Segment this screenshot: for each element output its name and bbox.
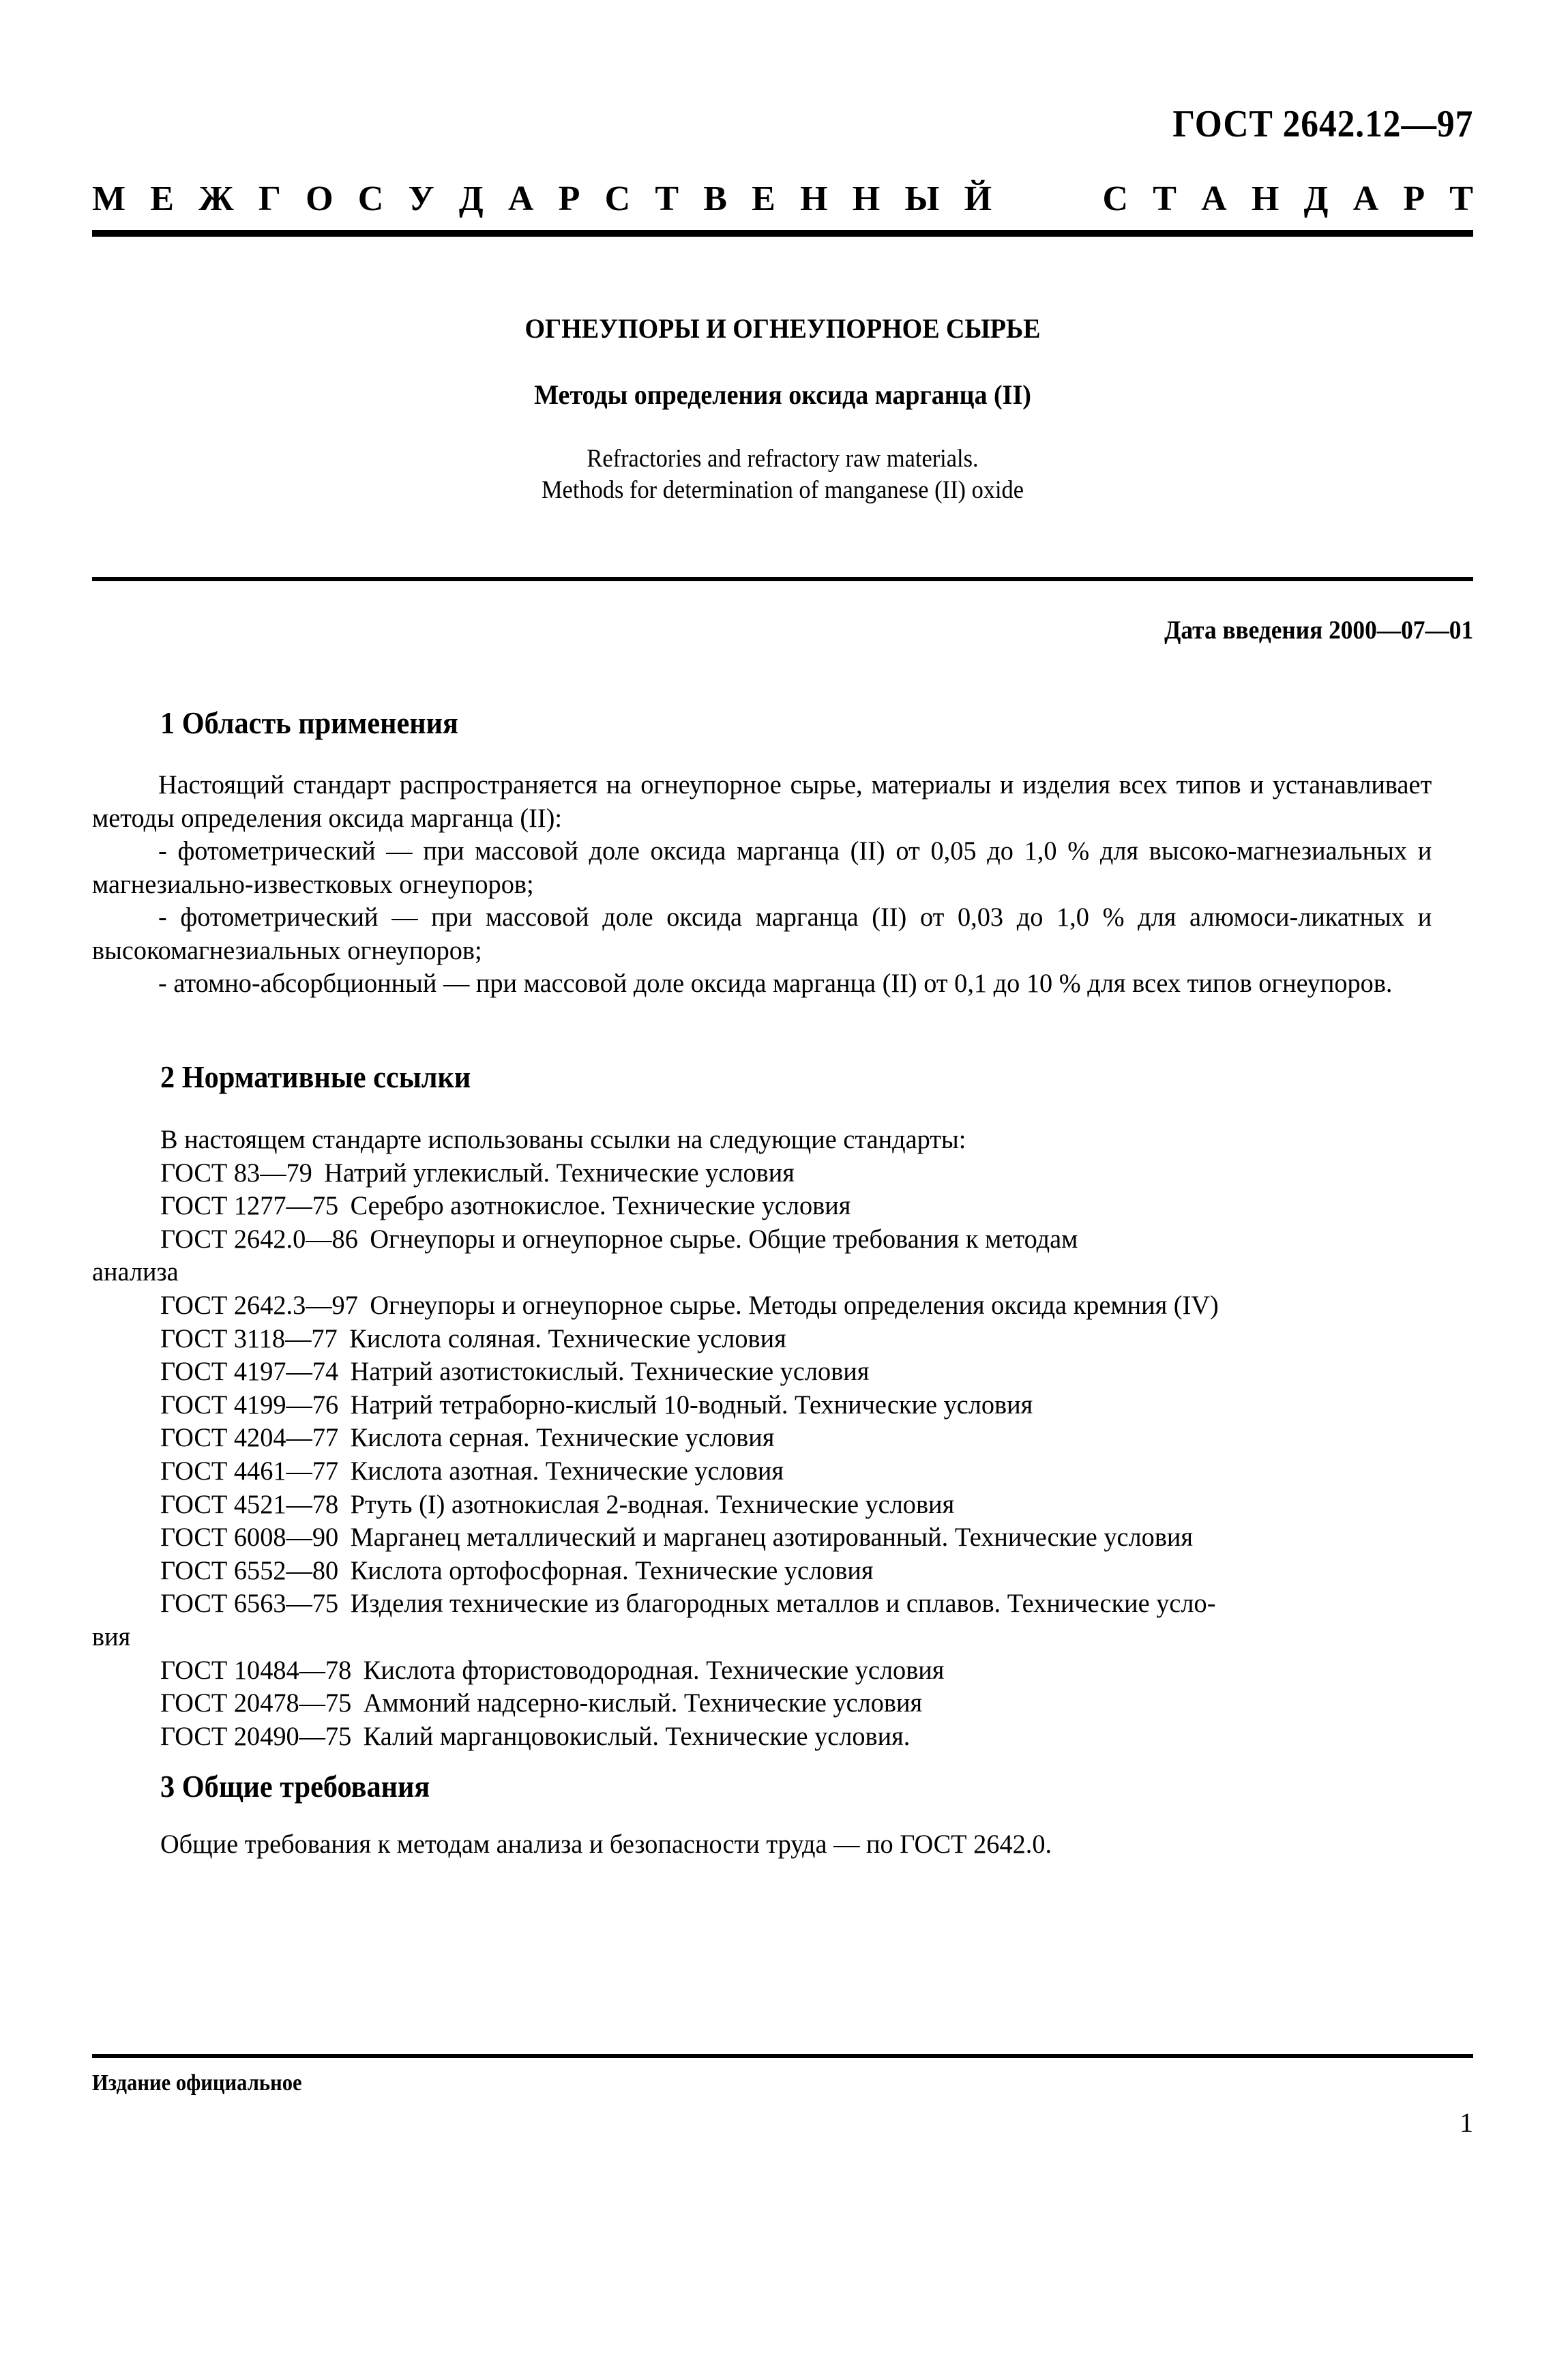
section-general-heading: 3 Общие требования: [160, 1768, 430, 1804]
heading-letter: Н: [1252, 179, 1279, 219]
section-references-heading: 2 Нормативные ссылки: [160, 1059, 471, 1095]
reference-title: Кислота фтористоводородная. Технические …: [364, 1655, 945, 1685]
word-gap: [1016, 179, 1078, 219]
reference-item: ГОСТ 6008—90Марганец металлический и мар…: [160, 1521, 1434, 1554]
reference-title-continuation: вия: [92, 1620, 1432, 1654]
heading-letter: А: [1353, 179, 1379, 219]
heading-letter: Т: [1153, 179, 1177, 219]
english-title: Refractories and refractory raw material…: [140, 443, 1425, 506]
heading-letter: О: [306, 179, 333, 219]
reference-item: ГОСТ 2642.0—86Огнеупоры и огнеупорное сы…: [160, 1222, 1434, 1256]
reference-item: ГОСТ 20478—75Аммоний надсерно-кислый. Те…: [160, 1686, 1434, 1720]
reference-item: ГОСТ 4197—74Натрий азотистокислый. Техни…: [160, 1355, 1434, 1388]
title-rule: [92, 577, 1473, 581]
heading-letter: Р: [559, 179, 580, 219]
reference-item: ГОСТ 1277—75Серебро азотнокислое. Технич…: [160, 1189, 1434, 1222]
scope-method-item: - фотометрический — при массовой доле ок…: [92, 900, 1432, 967]
section-scope-heading: 1 Область применения: [160, 705, 458, 741]
heading-letter: Д: [1304, 179, 1329, 219]
reference-code: ГОСТ 4197—74: [160, 1355, 338, 1388]
heading-letter: Ы: [904, 179, 939, 219]
reference-code: ГОСТ 6008—90: [160, 1521, 338, 1554]
heading-letter: Н: [853, 179, 880, 219]
heading-letter: А: [508, 179, 534, 219]
reference-title: Серебро азотнокислое. Технические услови…: [351, 1190, 851, 1220]
heading-letter: У: [409, 179, 434, 219]
reference-code: ГОСТ 4461—77: [160, 1454, 338, 1488]
references-list: В настоящем стандарте использованы ссылк…: [160, 1123, 1473, 1752]
document-title: ОГНЕУПОРЫ И ОГНЕУПОРНОЕ СЫРЬЕ: [127, 312, 1439, 344]
reference-item: ГОСТ 4199—76Натрий тетраборно-кислый 10-…: [160, 1388, 1434, 1422]
reference-code: ГОСТ 83—79: [160, 1156, 312, 1190]
reference-code: ГОСТ 4521—78: [160, 1488, 338, 1521]
page-number: 1: [1460, 2107, 1473, 2139]
scope-paragraph: Настоящий стандарт распространяется на о…: [92, 768, 1432, 834]
reference-title: Огнеупоры и огнеупорное сырье. Общие тре…: [370, 1224, 1078, 1254]
reference-item: ГОСТ 4521—78Ртуть (I) азотнокислая 2-вод…: [160, 1488, 1434, 1521]
reference-item: ГОСТ 10484—78Кислота фтористоводородная.…: [160, 1654, 1434, 1687]
reference-item: ГОСТ 2642.3—97Огнеупоры и огнеупорное сы…: [160, 1289, 1434, 1322]
reference-title: Кислота соляная. Технические условия: [349, 1323, 786, 1353]
scope-method-item: - атомно-абсорбционный — при массовой до…: [92, 967, 1432, 1000]
reference-title: Кислота азотная. Технические условия: [351, 1456, 784, 1486]
section-scope-body: Настоящий стандарт распространяется на о…: [92, 768, 1432, 1000]
heading-letter: Е: [752, 179, 775, 219]
reference-item: ГОСТ 6563—75Изделия технические из благо…: [160, 1587, 1434, 1620]
reference-title: Кислота ортофосфорная. Технические услов…: [351, 1555, 874, 1585]
heading-letter: Н: [800, 179, 827, 219]
english-title-line-2: Methods for determination of manganese (…: [140, 475, 1425, 506]
header-rule: [92, 230, 1473, 237]
reference-title: Натрий тетраборно-кислый 10-водный. Техн…: [351, 1390, 1033, 1420]
document-code: ГОСТ 2642.12—97: [1172, 102, 1473, 146]
reference-title: Изделия технические из благородных метал…: [351, 1588, 1216, 1618]
reference-code: ГОСТ 20490—75: [160, 1720, 351, 1753]
reference-item: ГОСТ 20490—75Калий марганцовокислый. Тех…: [160, 1720, 1434, 1753]
reference-code: ГОСТ 4199—76: [160, 1388, 338, 1422]
reference-title-continuation: анализа: [92, 1255, 1432, 1289]
english-title-line-1: Refractories and refractory raw material…: [140, 443, 1425, 475]
reference-title: Огнеупоры и огнеупорное сырье. Методы оп…: [370, 1290, 1218, 1320]
reference-code: ГОСТ 6563—75: [160, 1587, 338, 1620]
heading-letter: М: [92, 179, 125, 219]
heading-letter: Т: [1449, 179, 1473, 219]
edition-label: Издание официальное: [92, 2070, 302, 2096]
standard-type-heading: МЕЖГОСУДАРСТВЕННЫЙСТАНДАРТ: [92, 179, 1473, 219]
reference-code: ГОСТ 6552—80: [160, 1554, 338, 1587]
reference-item: ГОСТ 4461—77Кислота азотная. Технические…: [160, 1454, 1434, 1488]
reference-item: ГОСТ 83—79Натрий углекислый. Технические…: [160, 1156, 1434, 1190]
scope-method-item: - фотометрический — при массовой доле ок…: [92, 834, 1432, 900]
reference-item: ГОСТ 6552—80Кислота ортофосфорная. Техни…: [160, 1554, 1434, 1587]
footer-rule: [92, 2054, 1473, 2058]
reference-title: Марганец металлический и марганец азотир…: [351, 1522, 1193, 1552]
reference-title: Натрий азотистокислый. Технические услов…: [351, 1356, 870, 1386]
heading-letter: С: [358, 179, 384, 219]
reference-item: ГОСТ 3118—77Кислота соляная. Технические…: [160, 1322, 1434, 1355]
heading-letter: Г: [258, 179, 281, 219]
heading-letter: Р: [1403, 179, 1425, 219]
reference-title: Натрий углекислый. Технические условия: [324, 1158, 795, 1188]
heading-letter: Т: [655, 179, 679, 219]
reference-title: Ртуть (I) азотнокислая 2-водная. Техниче…: [351, 1489, 955, 1519]
heading-letter: В: [703, 179, 727, 219]
reference-code: ГОСТ 2642.3—97: [160, 1289, 358, 1322]
reference-code: ГОСТ 4204—77: [160, 1421, 338, 1454]
reference-code: ГОСТ 20478—75: [160, 1686, 351, 1720]
heading-letter: А: [1201, 179, 1227, 219]
document-subtitle: Методы определения оксида марганца (II): [127, 379, 1439, 411]
reference-title: Кислота серная. Технические условия: [351, 1422, 775, 1452]
section-general-body: Общие требования к методам анализа и без…: [160, 1828, 1052, 1860]
reference-code: ГОСТ 3118—77: [160, 1322, 338, 1355]
heading-letter: Ж: [198, 179, 233, 219]
introduction-date: Дата введения 2000—07—01: [1164, 615, 1473, 645]
reference-title: Аммоний надсерно-кислый. Технические усл…: [364, 1688, 922, 1718]
heading-letter: Е: [150, 179, 174, 219]
reference-code: ГОСТ 2642.0—86: [160, 1222, 358, 1256]
reference-item: ГОСТ 4204—77Кислота серная. Технические …: [160, 1421, 1434, 1454]
heading-letter: С: [1103, 179, 1129, 219]
heading-letter: Й: [964, 179, 992, 219]
reference-code: ГОСТ 10484—78: [160, 1654, 351, 1687]
heading-letter: Д: [459, 179, 484, 219]
reference-code: ГОСТ 1277—75: [160, 1189, 338, 1222]
heading-letter: С: [605, 179, 631, 219]
reference-title: Калий марганцовокислый. Технические усло…: [364, 1721, 911, 1751]
references-intro: В настоящем стандарте использованы ссылк…: [160, 1123, 1434, 1156]
